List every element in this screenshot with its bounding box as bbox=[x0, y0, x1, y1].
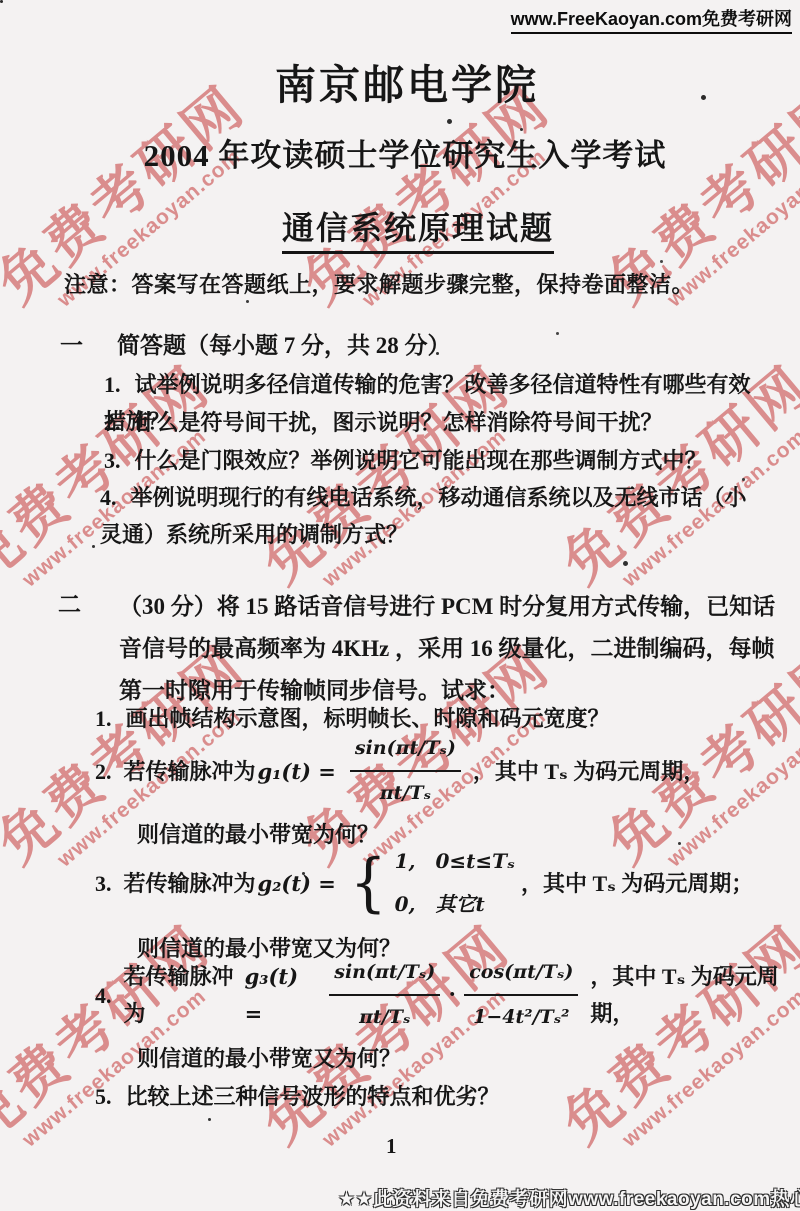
question-number: 2. bbox=[104, 410, 121, 435]
question-item: 4.举例说明现行的有线电话系统，移动通信系统以及无线市话（小灵通）系统所采用的调… bbox=[100, 479, 762, 553]
case-row: 0, 其它t bbox=[395, 886, 515, 923]
scan-noise bbox=[0, 0, 3, 3]
question-item-formula: 3. 若传输脉冲为 g₂(t) = { 1, 0≤t≤Tₛ 0, 其它t ，其中… bbox=[95, 850, 753, 916]
case-condition: 其它t bbox=[436, 886, 485, 923]
question-number: 5. bbox=[95, 1084, 112, 1109]
question-number: 4. bbox=[100, 485, 117, 510]
fraction-denominator: πt/Tₛ bbox=[380, 772, 431, 812]
section-one-header: 一 简答题（每小题 7 分，共 28 分） bbox=[60, 327, 451, 360]
section-one-title: 简答题（每小题 7 分，共 28 分） bbox=[117, 327, 451, 360]
question-number: 4. bbox=[95, 977, 112, 1014]
question-number: 3. bbox=[104, 448, 121, 473]
fraction-denominator: 1−4t²/Tₛ² bbox=[473, 996, 569, 1036]
formula-function: g₁(t) = bbox=[258, 753, 336, 790]
question-item-formula: 2. 若传输脉冲为 g₁(t) = sin(πt/Tₛ) πt/Tₛ ，其中 T… bbox=[95, 740, 705, 802]
question-text: 什么是符号间干扰，图示说明？怎样消除符号间干扰？ bbox=[135, 410, 663, 435]
fraction-numerator: sin(πt/Tₛ) bbox=[329, 954, 440, 996]
notice-line: 注意：答案写在答题纸上，要求解题步骤完整，保持卷面整洁。 bbox=[64, 268, 694, 299]
formula-function: g₃(t) = bbox=[245, 958, 316, 1032]
scanned-exam-page: 免费考研网www.freekaoyan.com免费考研网www.freekaoy… bbox=[0, 0, 800, 1211]
question-item: 2.什么是符号间干扰，图示说明？怎样消除符号间干扰？ bbox=[104, 404, 764, 441]
question-text: 举例说明现行的有线电话系统，移动通信系统以及无线市话（小灵通）系统所采用的调制方… bbox=[100, 485, 747, 547]
question-text: ，其中 Tₛ 为码元周期； bbox=[521, 865, 753, 902]
formula-fraction: cos(πt/Tₛ) 1−4t²/Tₛ² bbox=[464, 954, 578, 1036]
question-text: 若传输脉冲为 bbox=[124, 865, 256, 902]
formula-function: g₂(t) = bbox=[258, 865, 336, 902]
question-number: 3. bbox=[95, 865, 112, 902]
fraction-numerator: sin(πt/Tₛ) bbox=[350, 730, 461, 772]
question-followup: 则信道的最小带宽为何？ bbox=[137, 818, 379, 849]
case-row: 1, 0≤t≤Tₛ bbox=[395, 843, 515, 880]
question-text: 什么是门限效应？举例说明它可能出现在那些调制方式中？ bbox=[135, 448, 707, 473]
case-value: 0, bbox=[395, 886, 416, 923]
formula-cases: 1, 0≤t≤Tₛ 0, 其它t bbox=[395, 843, 515, 923]
multiplication-dot: · bbox=[448, 977, 456, 1014]
case-value: 1, bbox=[395, 843, 416, 880]
exam-title: 2004 年攻读硕士学位研究生入学考试 bbox=[0, 130, 800, 175]
question-text: 比较上述三种信号波形的特点和优劣？ bbox=[126, 1084, 500, 1109]
case-brace: { bbox=[350, 853, 387, 913]
section-one-number: 一 bbox=[60, 327, 83, 360]
watermark-text: 免费考研网 bbox=[545, 910, 800, 1161]
section-two-header: 二 （30 分）将 15 路话音信号进行 PCM 时分复用方式传输，已知话音信号… bbox=[58, 586, 787, 712]
question-item: 5.比较上述三种信号波形的特点和优劣？ bbox=[95, 1078, 755, 1115]
paper-subject-underlined: 通信系统原理试题 bbox=[282, 210, 554, 254]
paper-subject-title: 通信系统原理试题 bbox=[0, 203, 800, 249]
fraction-denominator: πt/Tₛ bbox=[359, 996, 410, 1036]
formula-fraction: sin(πt/Tₛ) πt/Tₛ bbox=[350, 730, 461, 812]
case-condition: 0≤t≤Tₛ bbox=[436, 843, 515, 880]
section-two-number: 二 bbox=[58, 586, 81, 712]
page-number: 1 bbox=[386, 1134, 397, 1159]
question-number: 1. bbox=[95, 706, 112, 731]
watermark: 免费考研网www.freekaoyan.com bbox=[545, 910, 800, 1181]
question-item-formula: 4. 若传输脉冲为 g₃(t) = sin(πt/Tₛ) πt/Tₛ · cos… bbox=[95, 962, 800, 1028]
section-two-intro: （30 分）将 15 路话音信号进行 PCM 时分复用方式传输，已知话音信号的最… bbox=[119, 586, 787, 712]
question-text: 画出帧结构示意图，标明帧长、时隙和码元宽度？ bbox=[126, 706, 610, 731]
question-text: ，其中 Tₛ 为码元周期， bbox=[473, 753, 705, 790]
fraction-numerator: cos(πt/Tₛ) bbox=[464, 954, 578, 996]
question-text: ，其中 Tₛ 为码元周期， bbox=[590, 958, 800, 1032]
question-followup: 则信道的最小带宽又为何？ bbox=[137, 1042, 401, 1073]
question-text: 若传输脉冲为 bbox=[124, 753, 256, 790]
school-title: 南京邮电学院 bbox=[0, 52, 800, 111]
formula-fraction: sin(πt/Tₛ) πt/Tₛ bbox=[329, 954, 440, 1036]
site-header-link[interactable]: www.FreeKaoyan.com免费考研网 bbox=[511, 5, 792, 34]
footer-banner: ★★此资料来自免费考研网www.freekaoyan.com热心网友提供★★ bbox=[338, 1184, 800, 1211]
question-text: 若传输脉冲为 bbox=[124, 958, 243, 1032]
question-item: 3.什么是门限效应？举例说明它可能出现在那些调制方式中？ bbox=[104, 442, 764, 479]
question-number: 2. bbox=[95, 753, 112, 790]
question-number: 1. bbox=[104, 372, 121, 397]
